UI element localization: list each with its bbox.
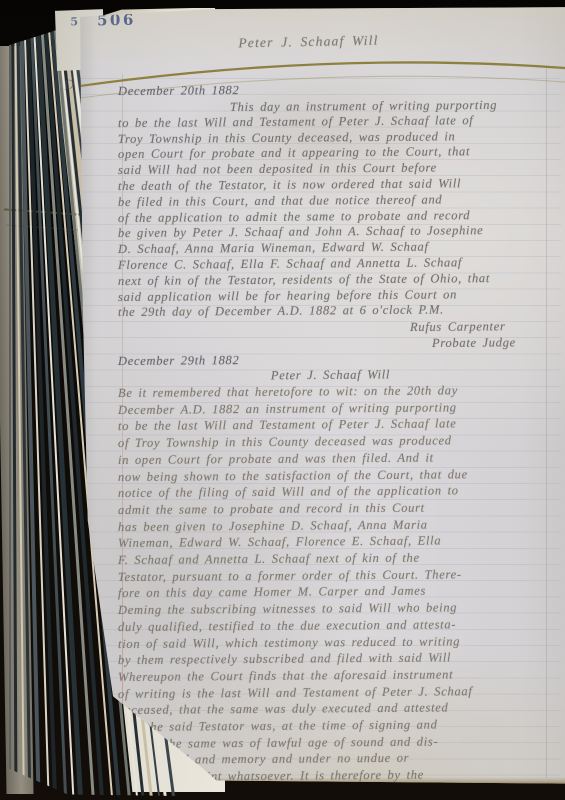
manuscript-line: deceased, that the same was duly execute…	[118, 701, 449, 719]
manuscript-line: notice of the filing of said Will and of…	[118, 484, 459, 502]
manuscript-line: Be it remembered that heretofore to wit:…	[118, 383, 458, 401]
manuscript-line: December A.D. 1882 an instrument of writ…	[118, 400, 457, 418]
manuscript-line: of writing is the last Will and Testamen…	[118, 684, 473, 702]
manuscript-line: D. Schaaf, Anna Maria Wineman, Edward W.…	[118, 240, 429, 257]
manuscript-line: Deming the subscribing witnesses to said…	[118, 600, 457, 618]
manuscript-line: by them respectively subscribed and file…	[118, 651, 451, 669]
manuscript-line: F. Schaaf and Annetta L. Schaaf next of …	[118, 551, 420, 568]
ledger-book-photo: 5 D 506 Peter J. Schaaf Will December 20…	[0, 0, 565, 800]
manuscript-line: now being shown to the satisfaction of t…	[118, 467, 468, 485]
manuscript-line: duly qualified, testified to the due exe…	[118, 617, 456, 635]
ledger-page: 506 Peter J. Schaaf Will December 20th 1…	[60, 6, 565, 786]
entry-date: December 29th 1882	[118, 353, 240, 369]
manuscript-line: to be the last Will and Testament of Pet…	[118, 113, 474, 131]
manuscript-line: next of kin of the Testator, residents o…	[118, 271, 490, 289]
entry-date: December 20th 1882	[118, 83, 240, 99]
manuscript-line: in open Court for probate and was then f…	[118, 450, 434, 467]
manuscript-line: the death of the Testator, it is now ord…	[118, 176, 461, 194]
judge-title: Probate Judge	[432, 335, 516, 351]
ghost-letter: D	[63, 77, 75, 94]
manuscript-line: the 29th day of December A.D. 1882 at 6 …	[118, 303, 444, 321]
manuscript-line: Florence C. Schaaf, Ella F. Schaaf and A…	[118, 255, 462, 273]
manuscript-line: fore on this day came Homer M. Carper an…	[118, 584, 426, 601]
manuscript-line: Whereupon the Court finds that the afore…	[118, 667, 453, 685]
manuscript-line: admit the same to probate and record in …	[118, 500, 425, 517]
manuscript-line: Testator, pursuant to a former order of …	[118, 567, 462, 585]
manuscript-line: be filed in this Court, and that due not…	[118, 192, 442, 210]
partial-page-number: 5	[70, 15, 78, 28]
manuscript-line: has been given to Josephine D. Schaaf, A…	[118, 517, 428, 534]
judge-signature: Rufus Carpenter	[410, 319, 506, 335]
manuscript-line: Wineman, Edward W. Schaaf, Florence E. S…	[118, 534, 441, 552]
manuscript-line: tion of said Will, which testimony was r…	[118, 634, 460, 652]
manuscript-line: to be the last Will and Testament of Pet…	[118, 417, 457, 435]
manuscript-line: that the said Testator was, at the time …	[118, 717, 438, 735]
margin-line-right	[546, 66, 547, 778]
manuscript-line: of Troy Township in this County deceased…	[118, 433, 452, 451]
manuscript-line: said Will had not been deposited in this…	[118, 161, 437, 179]
